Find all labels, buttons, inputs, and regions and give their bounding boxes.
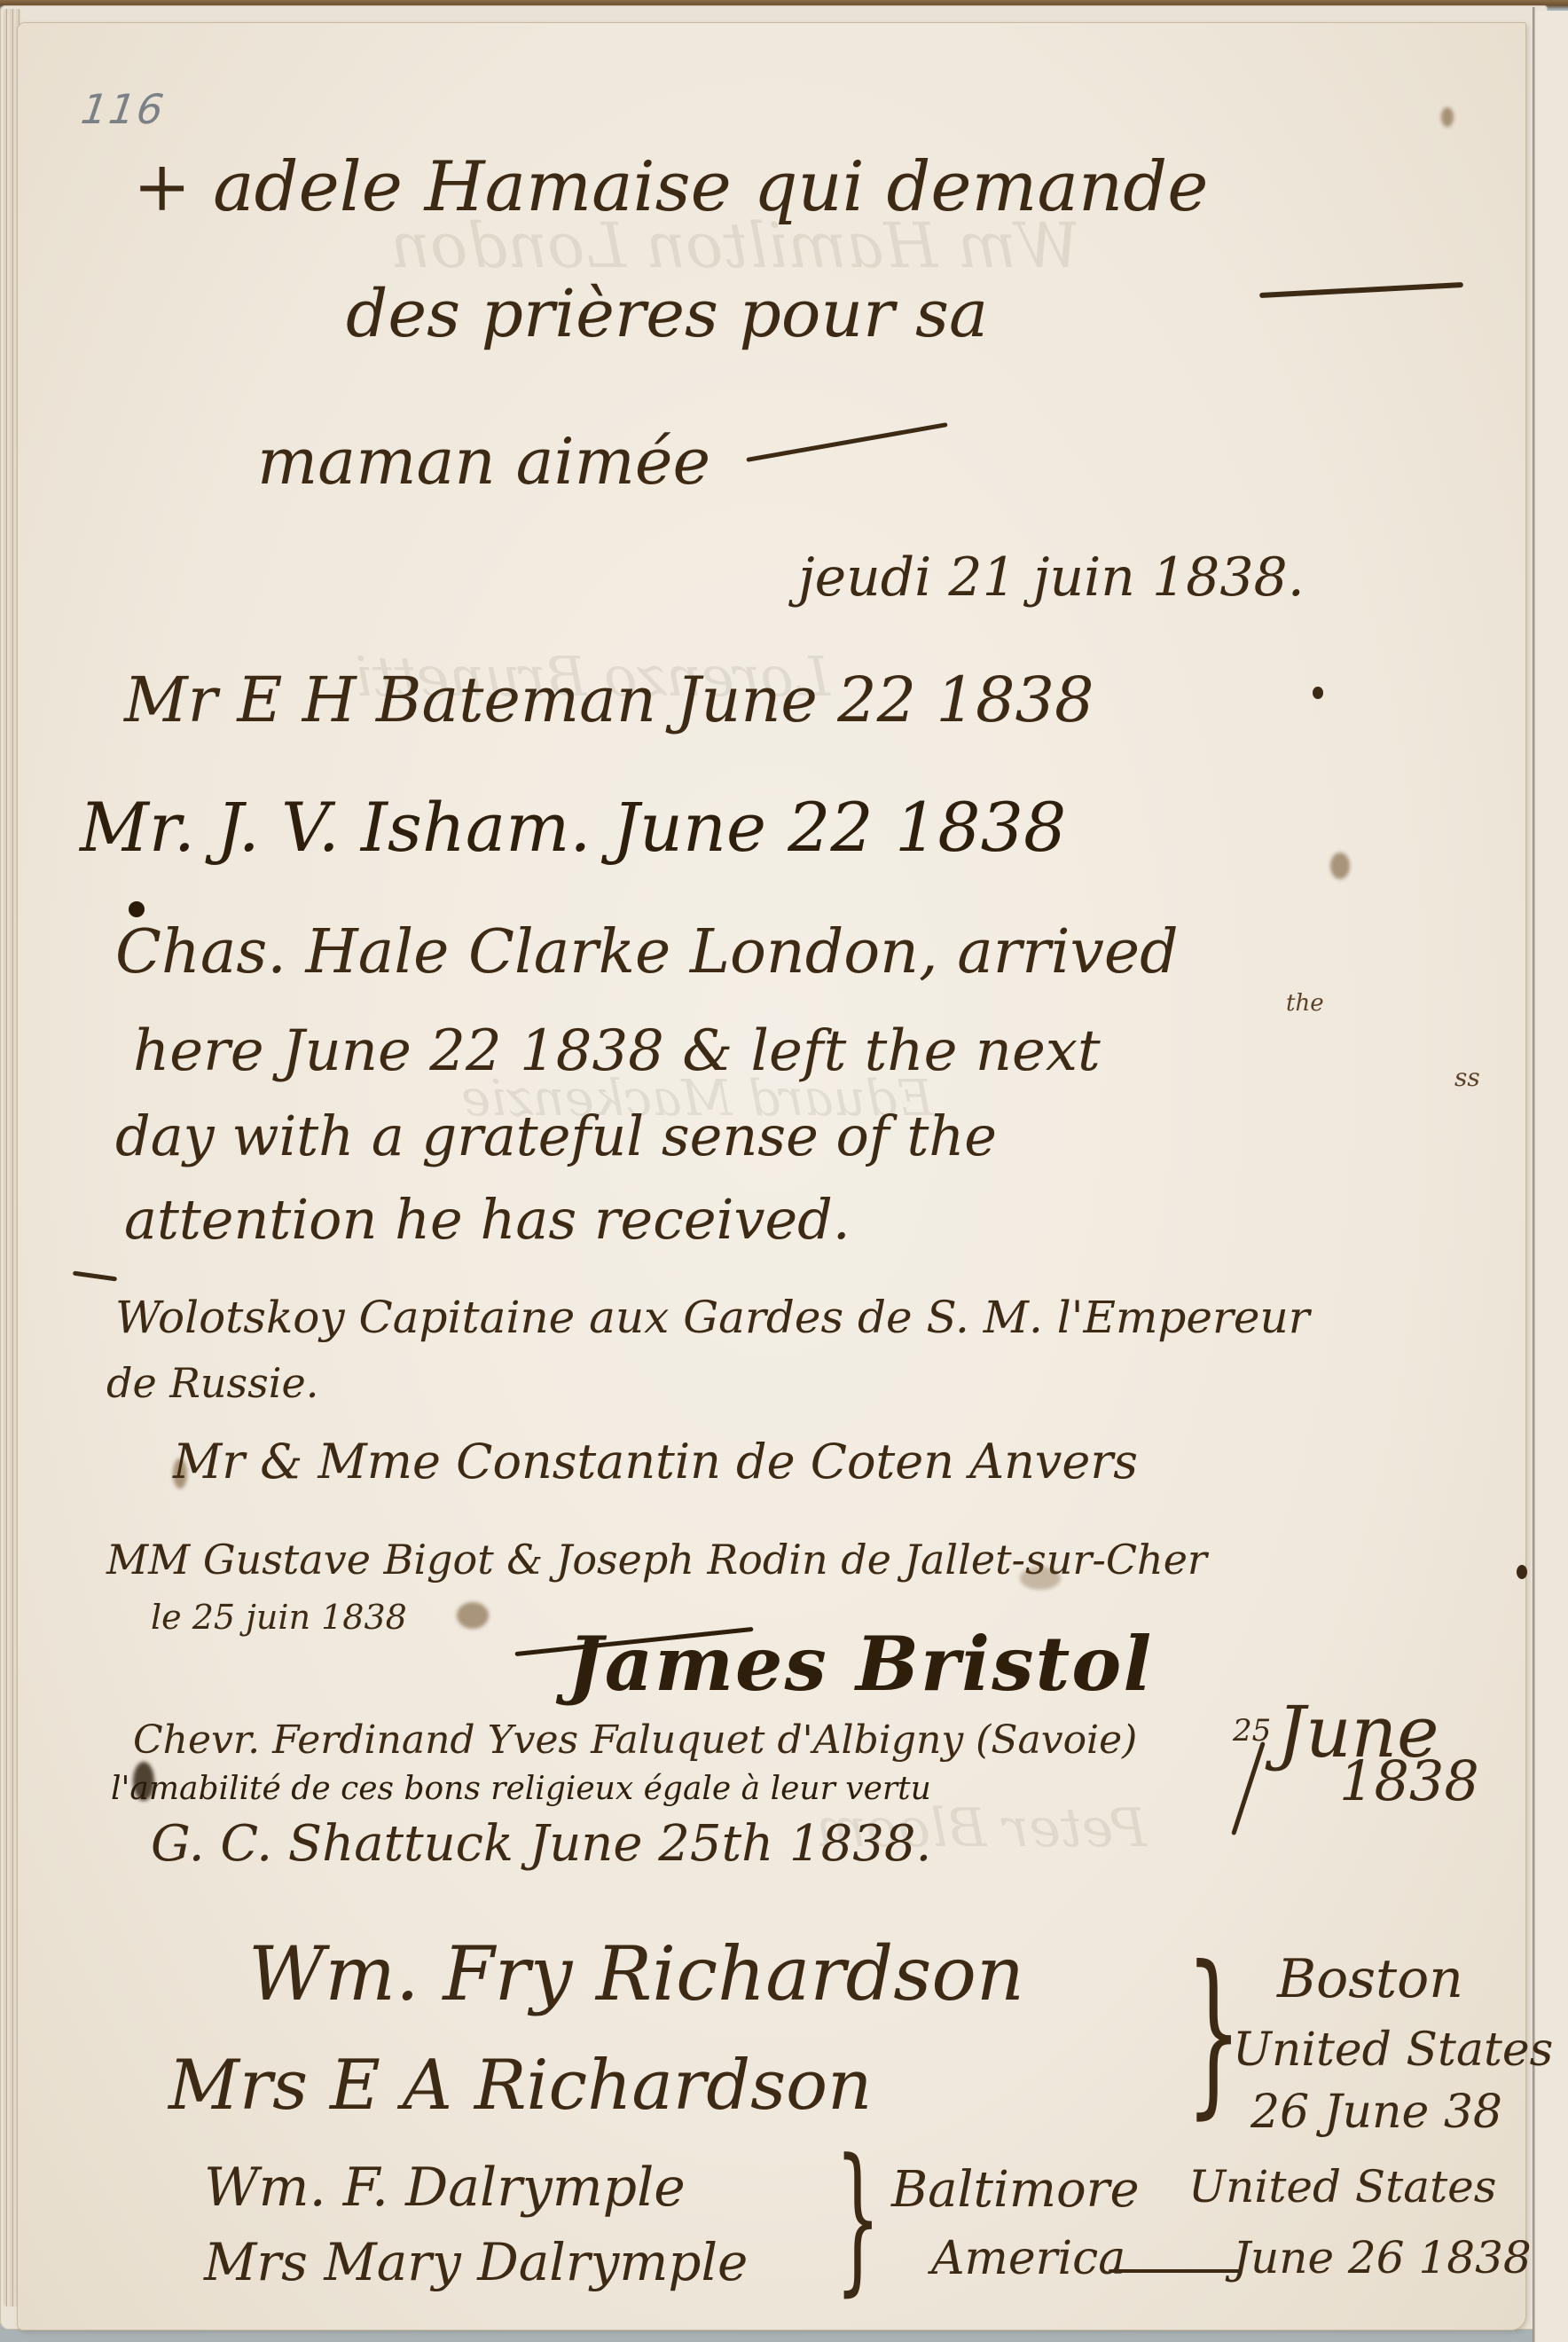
date-header: jeudi 21 juin 1838. xyxy=(798,546,1305,609)
entry-richardson-name-2: Mrs E A Richardson xyxy=(169,2046,872,2126)
ink-speck xyxy=(1330,853,1350,879)
heading-line-1: + adele Hamaise qui demande xyxy=(133,147,1208,227)
dalrymple-place-2: America xyxy=(931,2232,1125,2285)
entry-clarke-line-3: day with a grateful sense of the xyxy=(115,1104,997,1168)
dalrymple-date: June 26 1838 xyxy=(1233,2232,1532,2283)
entry-faluquet-line-1: Chevr. Ferdinand Yves Faluquet d'Albigny… xyxy=(133,1717,1137,1763)
entry-clarke-line-2: here June 22 1838 & left the next xyxy=(133,1018,1101,1084)
entry-bateman: Mr E H Bateman June 22 1838 xyxy=(124,664,1094,736)
ink-speck xyxy=(1313,687,1323,699)
superscript-ss: ss xyxy=(1454,1063,1480,1092)
entry-faluquet-line-2: l'amabilité de ces bons religieux égale … xyxy=(111,1771,931,1807)
ink-blot xyxy=(457,1602,489,1629)
facing-page-edge xyxy=(1535,11,1568,2342)
entry-clarke-line-1: Chas. Hale Clarke London, arrived xyxy=(115,917,1179,987)
entry-isham: Mr. J. V. Isham. June 22 1838 xyxy=(80,788,1066,867)
entry-constantin: Mr & Mme Constantin de Coten Anvers xyxy=(173,1434,1138,1489)
richardson-place-2: United States xyxy=(1233,2024,1553,2077)
richardson-place-1: Boston xyxy=(1277,1948,1463,2010)
flourish-stroke xyxy=(746,422,947,462)
entry-dalrymple-name-1: Wm. F. Dalrymple xyxy=(204,2157,686,2219)
manuscript-page: Wm Hamilton London Lorenzo Brunetti Edua… xyxy=(18,23,1525,2330)
brace-icon: } xyxy=(835,2139,881,2299)
entry-richardson-name-1: Wm. Fry Richardson xyxy=(248,1930,1024,2017)
superscript-the: the xyxy=(1286,990,1324,1017)
slash-stroke xyxy=(1231,1741,1266,1835)
signature-bristol: James Bristol xyxy=(568,1620,1153,1708)
flourish-stroke xyxy=(1259,282,1463,298)
folio-number: 116 xyxy=(78,85,168,133)
entry-wolotskoy-line-2: de Russie. xyxy=(106,1359,318,1407)
dash-stroke xyxy=(73,1271,117,1282)
ink-blot xyxy=(1020,1567,1061,1590)
entry-dalrymple-name-2: Mrs Mary Dalrymple xyxy=(204,2232,748,2292)
dalrymple-place-1: Baltimore xyxy=(891,2161,1140,2219)
entry-wolotskoy-line-1: Wolotskoy Capitaine aux Gardes de S. M. … xyxy=(115,1292,1310,1343)
heading-line-3: maman aimée xyxy=(257,424,710,499)
dash-stroke xyxy=(1109,2269,1242,2273)
heading-line-2: des prières pour sa xyxy=(346,276,988,352)
gutter-line xyxy=(1533,7,1535,2342)
entry-bigot-line-2: le 25 juin 1838 xyxy=(151,1598,407,1637)
entry-shattuck: G. C. Shattuck June 25th 1838. xyxy=(151,1815,931,1873)
richardson-date: 26 June 38 xyxy=(1250,2086,1502,2139)
ink-speck xyxy=(1441,107,1454,127)
faluquet-date-day: 25 xyxy=(1233,1713,1271,1749)
faluquet-date-year: 1838 xyxy=(1339,1749,1479,1813)
dalrymple-country: United States xyxy=(1188,2161,1496,2212)
ink-speck xyxy=(1517,1565,1527,1579)
ink-blot xyxy=(133,1762,154,1801)
entry-clarke-line-4: attention he has received. xyxy=(124,1187,851,1252)
ink-dot xyxy=(129,901,145,917)
